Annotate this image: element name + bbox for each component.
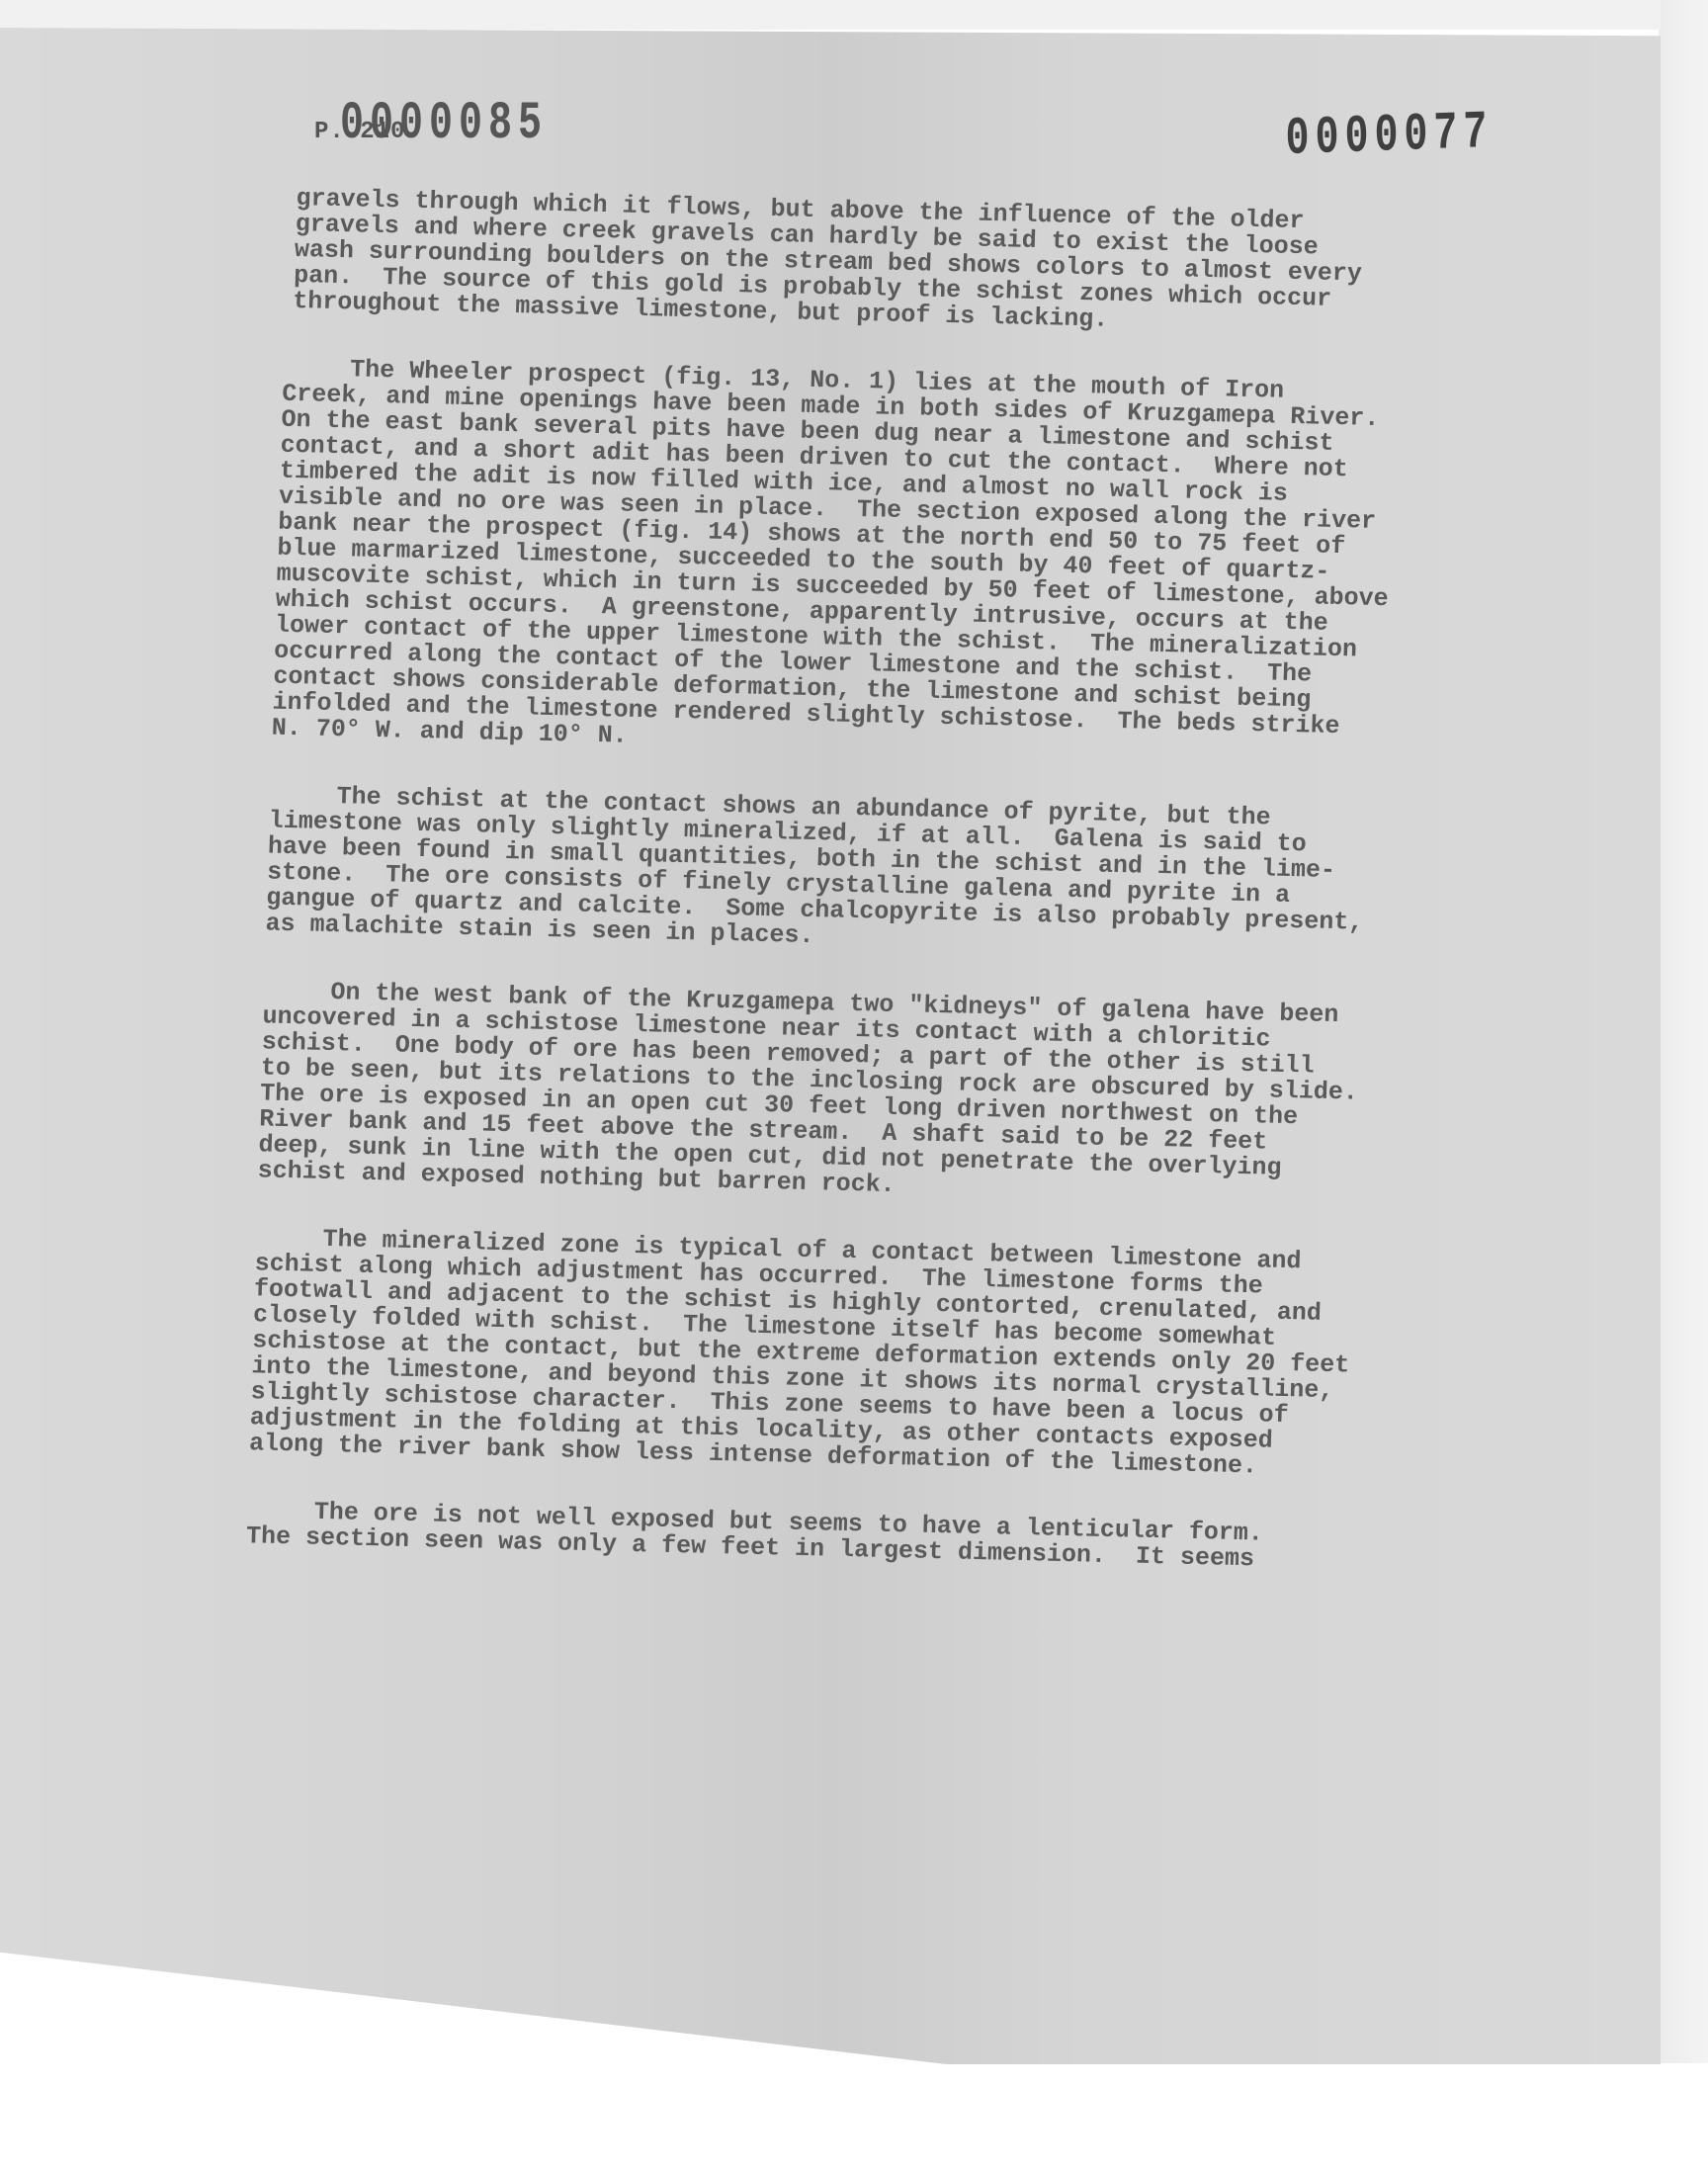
typewritten-body: gravels through which it flows, but abov… <box>252 186 1521 1618</box>
scanned-page: P. 210 0000085 0000077 gravels through w… <box>0 28 1661 2064</box>
document-stamp-left: 0000085 <box>340 95 548 155</box>
document-stamp-right: 0000077 <box>1285 104 1494 171</box>
paragraph-1: gravels through which it flows, but abov… <box>293 186 1522 342</box>
paragraph-3: The schist at the contact shows an abund… <box>265 783 1503 965</box>
paragraph-6: The ore is not well exposed but seems to… <box>246 1498 1481 1577</box>
scanner-top-margin <box>0 0 1661 30</box>
scanner-margin <box>1659 0 1708 2063</box>
paragraph-2: The Wheeler prospect (fig. 13, No. 1) li… <box>271 356 1516 769</box>
paragraph-4: On the west bank of the Kruzgamepa two "… <box>257 978 1496 1211</box>
paragraph-5: The mineralized zone is typical of a con… <box>249 1225 1490 1484</box>
